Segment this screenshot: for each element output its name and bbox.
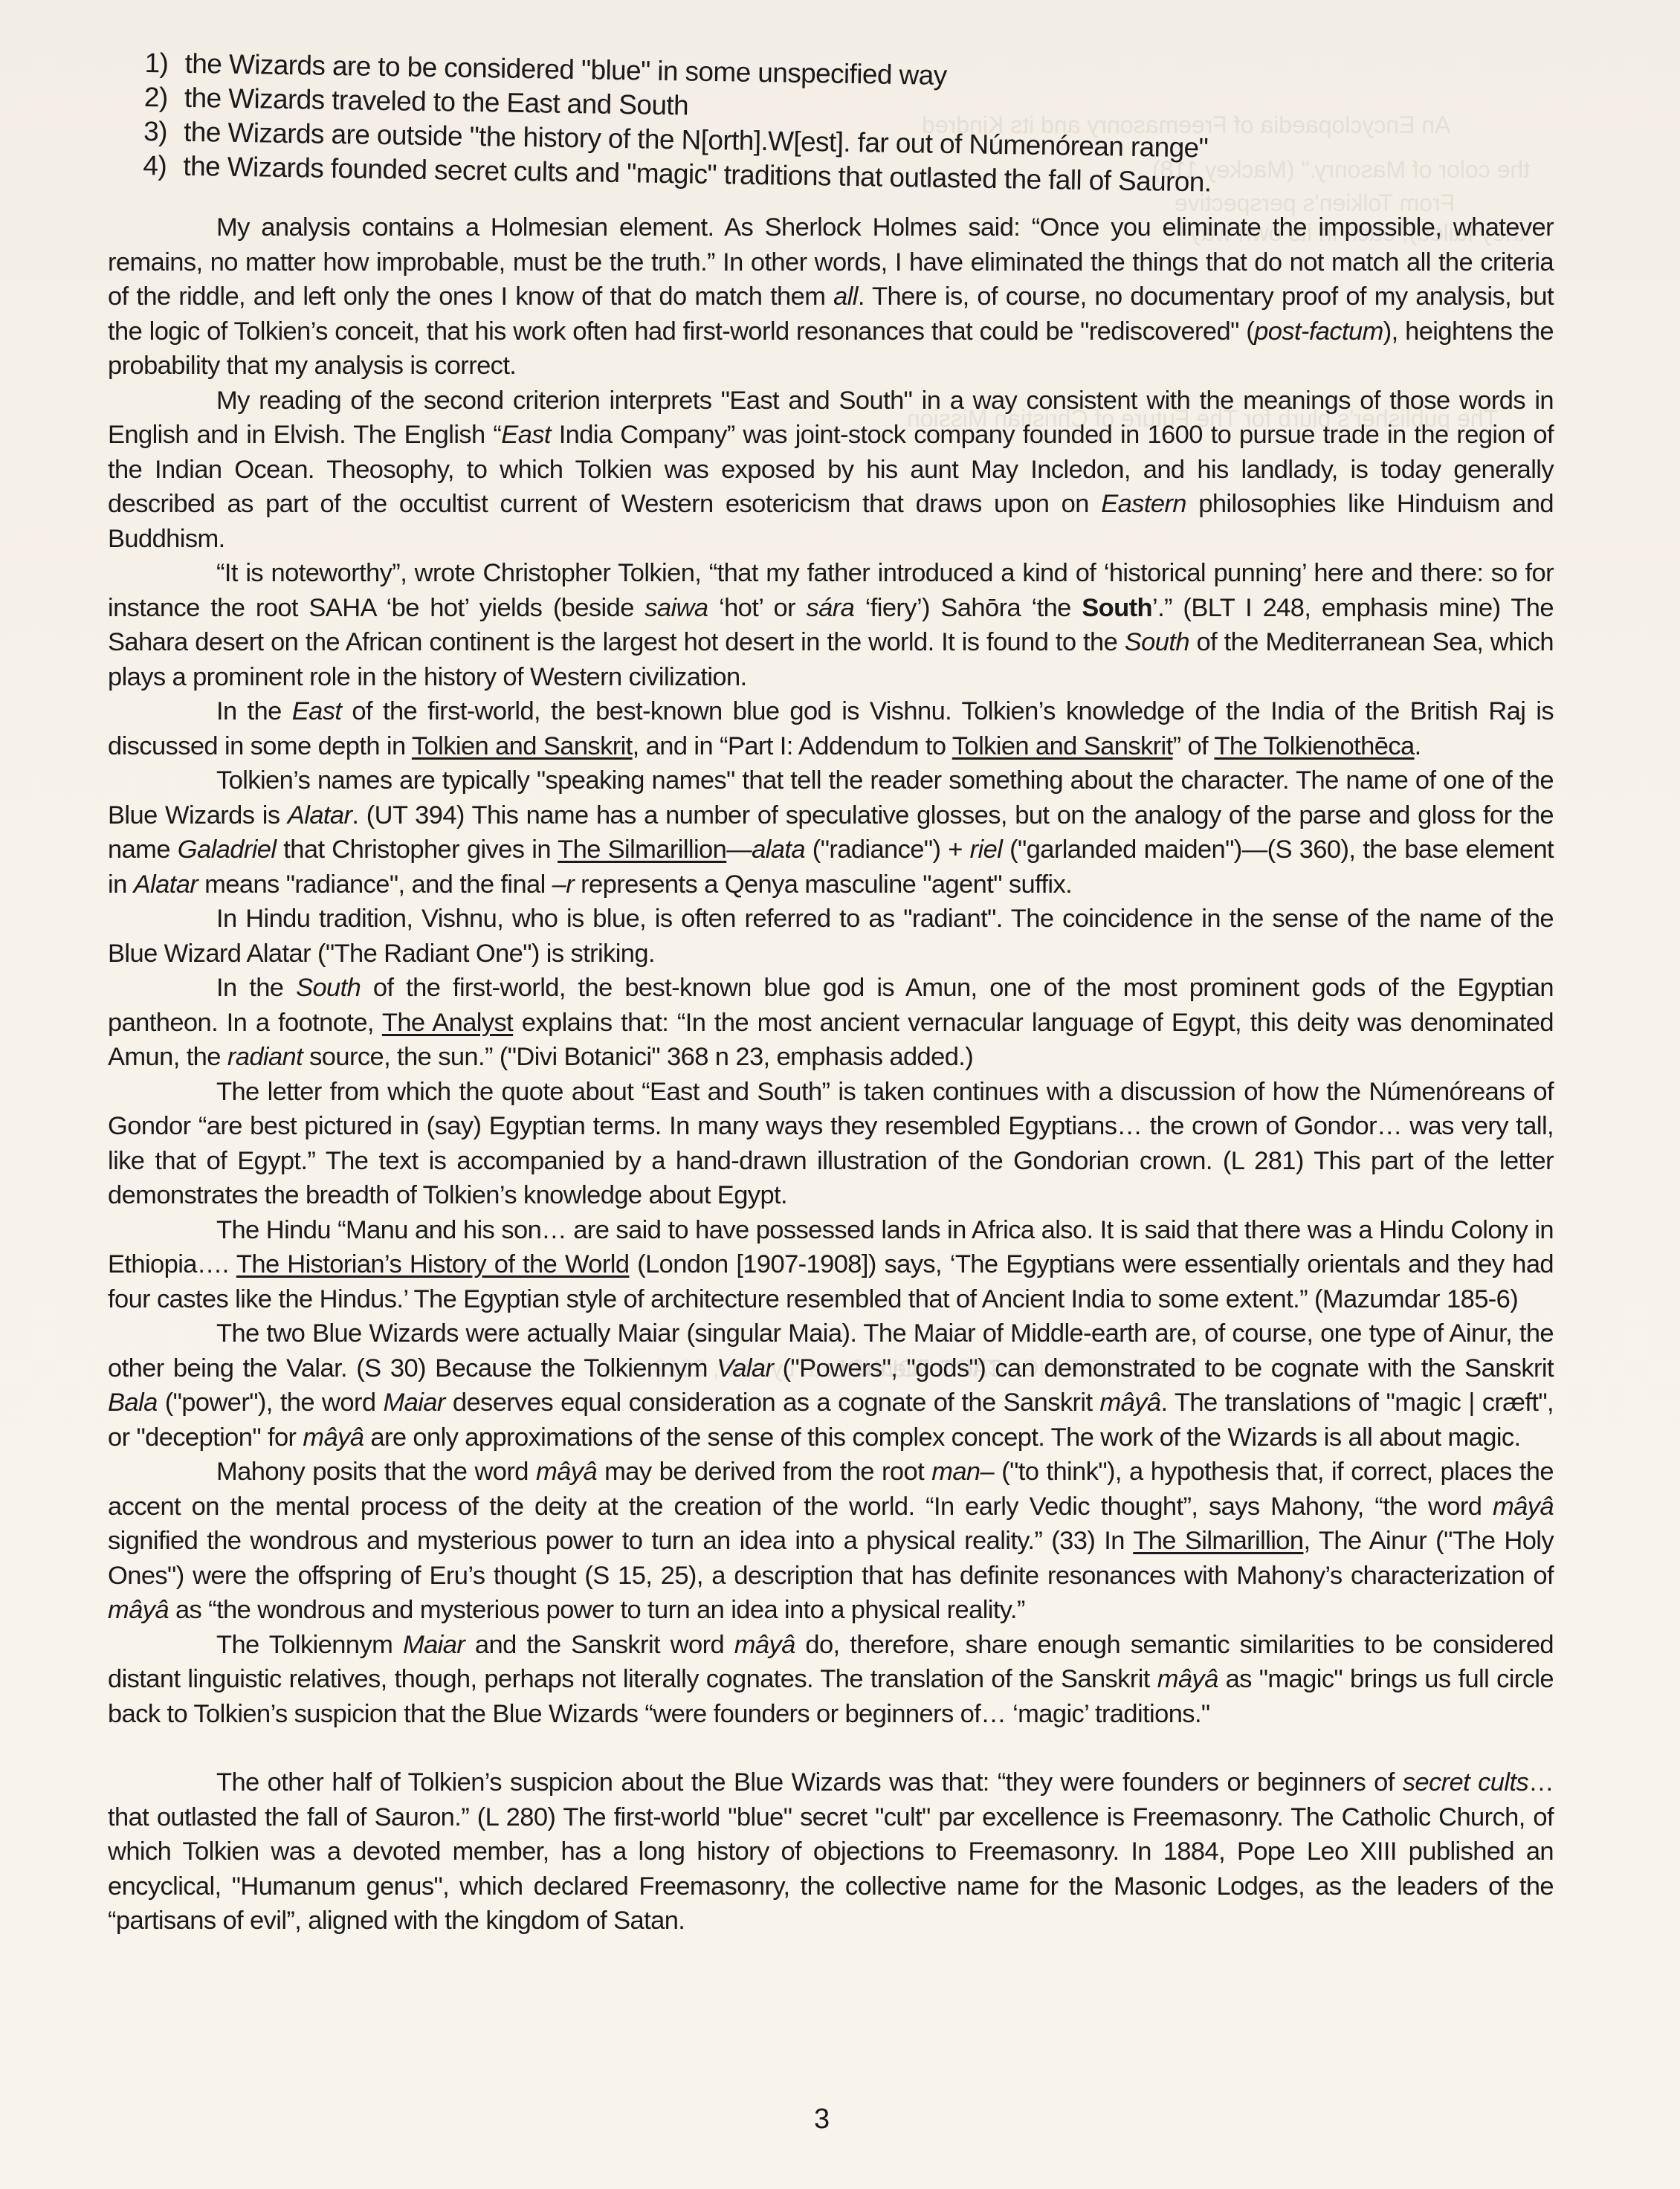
text-run: Alatar <box>288 801 352 830</box>
page-number: 3 <box>814 2104 830 2135</box>
text-run: deserves equal consideration as a cognat… <box>445 1388 1100 1417</box>
body-paragraph: The letter from which the quote about “E… <box>108 1075 1554 1213</box>
text-run: source, the sun.” ("Divi Botanici" 368 n… <box>303 1043 973 1071</box>
text-run: East <box>501 421 551 449</box>
body-paragraph: In the East of the first-world, the best… <box>108 694 1554 763</box>
body-paragraph: “It is noteworthy”, wrote Christopher To… <box>108 556 1554 694</box>
body-paragraph: The Tolkiennym Maiar and the Sanskrit wo… <box>108 1628 1554 1732</box>
cited-title: The Silmarillion <box>1133 1527 1303 1555</box>
criteria-number: 2) <box>144 80 185 115</box>
text-run: Bala <box>108 1388 158 1417</box>
text-run: Alatar <box>134 870 198 899</box>
text-run: ("power"), the word <box>158 1388 384 1417</box>
criteria-number: 1) <box>144 46 185 81</box>
text-run: mâyâ <box>1493 1493 1554 1521</box>
text-run: The other half of Tolkien’s suspicion ab… <box>216 1768 1403 1797</box>
text-run: signified the wondrous and mysterious po… <box>108 1527 1133 1555</box>
cited-title: The Tolkienothēca <box>1214 732 1414 760</box>
text-run: mâyâ <box>1157 1665 1218 1693</box>
cited-title: The Historian’s History of the World <box>236 1250 630 1278</box>
text-run: . <box>1415 732 1421 760</box>
body-paragraph: My reading of the second criterion inter… <box>108 384 1554 557</box>
text-run: In the <box>216 974 296 1002</box>
text-run: alata <box>752 835 805 864</box>
text-run: and the Sanskrit word <box>465 1631 734 1659</box>
text-run: riel <box>970 835 1003 864</box>
text-run: sára <box>806 594 854 622</box>
text-run: ‘hot’ or <box>708 594 807 622</box>
text-run: The Tolkiennym <box>216 1631 403 1659</box>
text-run: represents a Qenya masculine "agent" suf… <box>574 870 1072 899</box>
cited-title: Tolkien and Sanskrit <box>952 732 1173 760</box>
body-text: My analysis contains a Holmesian element… <box>108 210 1554 1939</box>
body-paragraph: In Hindu tradition, Vishnu, who is blue,… <box>108 902 1554 971</box>
text-run: ("radiance") + <box>805 835 970 864</box>
body-paragraph: The Hindu “Manu and his son… are said to… <box>108 1213 1554 1317</box>
text-run: may be derived from the root <box>597 1458 931 1486</box>
body-paragraph: The other half of Tolkien’s suspicion ab… <box>108 1765 1554 1939</box>
text-run: Maiar <box>384 1388 445 1417</box>
text-run: as “the wondrous and mysterious power to… <box>169 1596 1025 1624</box>
body-paragraph: Tolkien’s names are typically "speaking … <box>108 763 1554 902</box>
text-run: ‘fiery’) Sahōra ‘the <box>854 594 1082 622</box>
text-run: secret cults <box>1403 1768 1528 1797</box>
document-page: An Encyclopaedia of Freemasonry and its … <box>0 0 1680 2189</box>
text-run: South <box>296 974 361 1002</box>
text-run: mâyâ <box>108 1596 169 1624</box>
text-run: South <box>1125 628 1189 656</box>
text-run: Valar <box>717 1354 773 1383</box>
text-run: East <box>292 697 342 725</box>
body-paragraph: Mahony posits that the word mâyâ may be … <box>108 1455 1554 1628</box>
text-run: , and in “Part I: Addendum to <box>633 732 952 760</box>
text-run: saiwa <box>644 594 708 622</box>
text-run: post-factum <box>1254 317 1383 346</box>
text-run: radiant <box>227 1043 303 1071</box>
text-run: means "radiance", and the final <box>198 870 552 899</box>
text-run: mâyâ <box>734 1631 795 1659</box>
text-run: Maiar <box>403 1631 465 1659</box>
text-run: ("Powers", "gods") can demonstrated to b… <box>773 1354 1554 1383</box>
text-run: all <box>833 282 858 311</box>
body-paragraph: My analysis contains a Holmesian element… <box>108 210 1554 384</box>
text-run: mâyâ <box>1100 1388 1161 1417</box>
cited-title: Tolkien and Sanskrit <box>412 732 633 760</box>
text-run: Eastern <box>1101 490 1186 518</box>
criteria-list: 1)the Wizards are to be considered "blue… <box>143 46 1213 200</box>
text-run: Mahony posits that the word <box>216 1458 536 1486</box>
text-run: The letter from which the quote about “E… <box>108 1078 1554 1210</box>
text-run: Galadriel <box>178 835 277 864</box>
text-run: mâyâ <box>303 1423 364 1452</box>
text-run: man– <box>931 1458 994 1486</box>
cited-title: The Silmarillion <box>558 835 726 864</box>
criteria-number: 3) <box>143 114 184 149</box>
text-run: — <box>726 835 752 864</box>
body-paragraph: In the South of the first-world, the bes… <box>108 971 1554 1075</box>
text-run: In Hindu tradition, Vishnu, who is blue,… <box>108 905 1554 968</box>
text-run: mâyâ <box>536 1458 597 1486</box>
text-run: that Christopher gives in <box>276 835 558 864</box>
cited-title: The Analyst <box>382 1009 513 1037</box>
criteria-number: 4) <box>143 149 184 184</box>
text-run: South <box>1082 594 1152 622</box>
text-run: are only approximations of the sense of … <box>364 1423 1520 1452</box>
body-paragraph: The two Blue Wizards were actually Maiar… <box>108 1316 1554 1455</box>
text-run: In the <box>216 697 292 725</box>
text-run: ” of <box>1173 732 1215 760</box>
text-run: –r <box>552 870 574 899</box>
